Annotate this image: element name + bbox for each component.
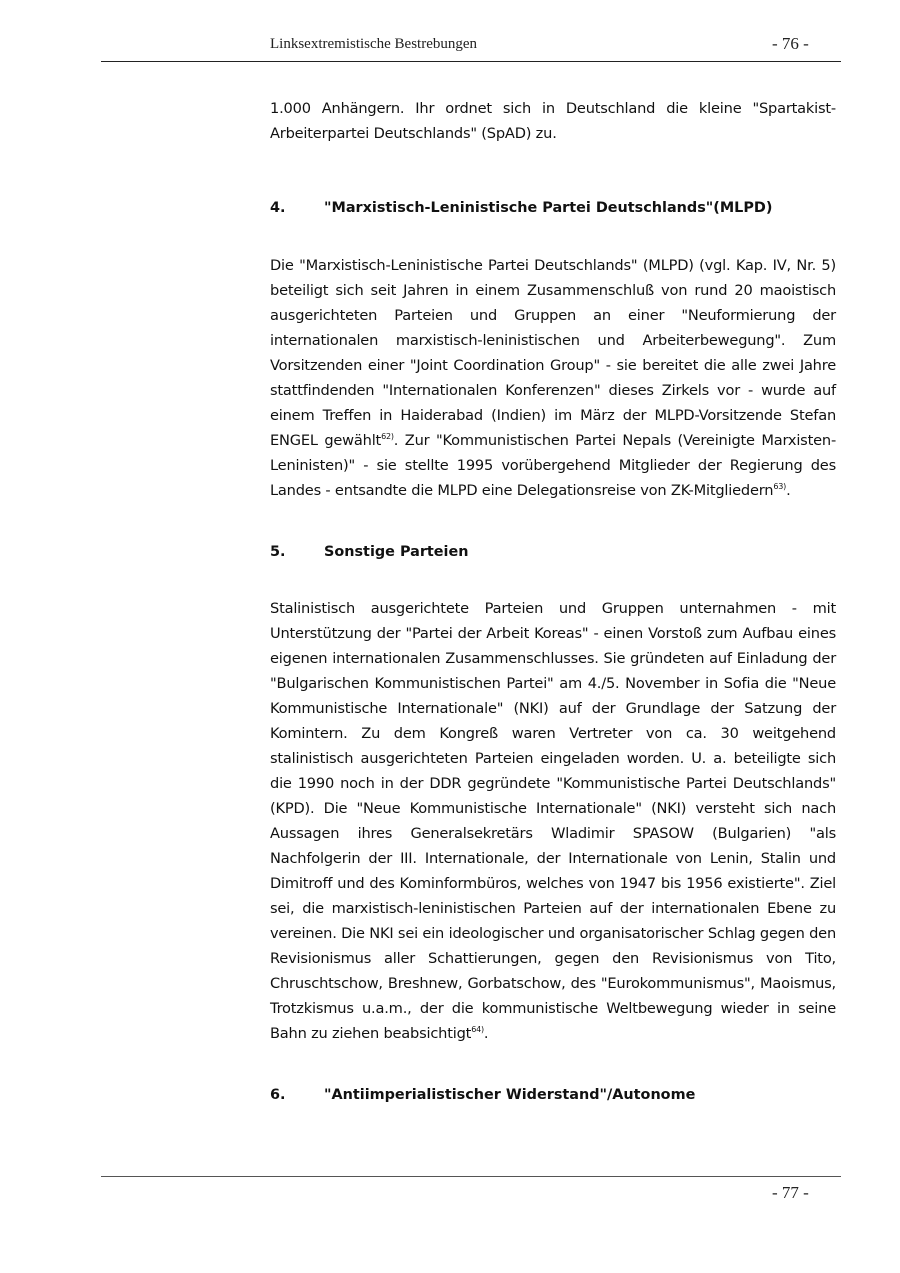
- section-title: Sonstige Parteien: [324, 544, 469, 560]
- section-heading-4: 4."Marxistisch-Leninistische Partei Deut…: [270, 200, 772, 216]
- running-header-title: Linksextremistische Bestrebungen: [270, 36, 477, 53]
- intro-paragraph: 1.000 Anhängern. Ihr ordnet sich in Deut…: [270, 96, 836, 146]
- footer-page-number: - 77 -: [772, 1183, 809, 1203]
- header-page-number: - 76 -: [772, 34, 809, 54]
- section-number: 5.: [270, 544, 324, 560]
- section-title: "Antiimperialistischer Widerstand"/Auton…: [324, 1087, 695, 1103]
- paragraph-text: .: [484, 1025, 488, 1042]
- section-4-paragraph: Die "Marxistisch-Leninistische Partei De…: [270, 253, 836, 503]
- paragraph-text: .: [786, 482, 790, 499]
- section-heading-5: 5.Sonstige Parteien: [270, 544, 469, 560]
- section-5-paragraph: Stalinistisch ausgerichtete Parteien und…: [270, 596, 836, 1046]
- section-number: 4.: [270, 200, 324, 216]
- footnote-ref[interactable]: 62): [381, 432, 394, 441]
- paragraph-text: Die "Marxistisch-Leninistische Partei De…: [270, 257, 836, 449]
- footnote-ref[interactable]: 63): [773, 482, 786, 491]
- footer-divider: [101, 1176, 841, 1177]
- footnote-ref[interactable]: 64): [471, 1025, 484, 1034]
- section-title: "Marxistisch-Leninistische Partei Deutsc…: [324, 200, 772, 216]
- paragraph-text: Stalinistisch ausgerichtete Parteien und…: [270, 600, 836, 1042]
- section-number: 6.: [270, 1087, 324, 1103]
- header-divider: [101, 61, 841, 62]
- section-heading-6: 6."Antiimperialistischer Widerstand"/Aut…: [270, 1087, 695, 1103]
